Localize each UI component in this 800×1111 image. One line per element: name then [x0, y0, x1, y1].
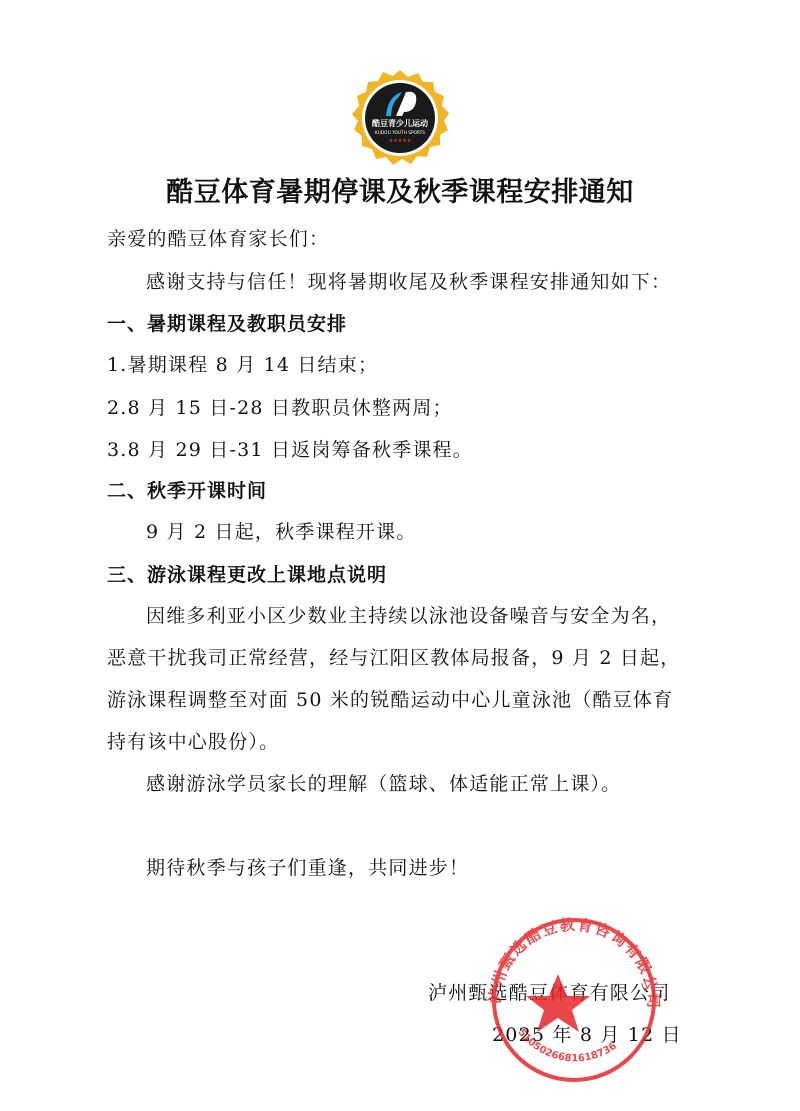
section-3-line-1: 因维多利亚小区少数业主持续以泳池设备噪音与安全为名，	[146, 601, 671, 628]
company-logo: 酷豆青少儿运动 KUDOU YOUTH SPORTS ★★★★★	[350, 68, 450, 168]
section-1-line-1: 1.暑期课程 8 月 14 日结束；	[107, 350, 378, 377]
section-2-heading: 二、秋季开课时间	[107, 476, 267, 503]
greeting: 亲爱的酷豆体育家长们：	[107, 224, 329, 251]
company-seal-stamp: 泸州甄选酷豆教育咨询有限公司 5105026681618736	[478, 912, 668, 1082]
closing-line: 期待秋季与孩子们重逢，共同进步！	[146, 853, 469, 880]
logo-cn-text: 酷豆青少儿运动	[372, 118, 428, 128]
section-3-line-5: 感谢游泳学员家长的理解（篮球、体适能正常上课）。	[146, 769, 621, 796]
section-3-line-3: 游泳课程调整至对面 50 米的锐酷运动中心儿童泳池（酷豆体育	[107, 685, 673, 712]
logo-en-text: KUDOU YOUTH SPORTS	[375, 130, 425, 136]
section-1-line-2: 2.8 月 15 日-28 日教职员休整两周；	[107, 393, 453, 420]
section-1-line-3: 3.8 月 29 日-31 日返岗筹备秋季课程。	[107, 435, 473, 462]
logo-stars: ★★★★★	[389, 138, 412, 144]
section-3-line-2: 恶意干扰我司正常经营，经与江阳区教体局报备，9 月 2 日起，	[107, 643, 681, 670]
svg-text:5105026681618736: 5105026681618736	[516, 1027, 619, 1064]
section-2-line-1: 9 月 2 日起，秋季课程开课。	[146, 517, 417, 544]
section-1-heading: 一、暑期课程及教职员安排	[107, 309, 347, 336]
section-3-line-4: 持有该中心股份）。	[107, 727, 279, 754]
section-3-heading: 三、游泳课程更改上课地点说明	[107, 560, 387, 587]
stamp-number: 5105026681618736	[516, 1027, 619, 1064]
intro-paragraph: 感谢支持与信任！现将暑期收尾及秋季课程安排通知如下：	[146, 267, 671, 294]
page-title: 酷豆体育暑期停课及秋季课程安排通知	[0, 170, 800, 209]
